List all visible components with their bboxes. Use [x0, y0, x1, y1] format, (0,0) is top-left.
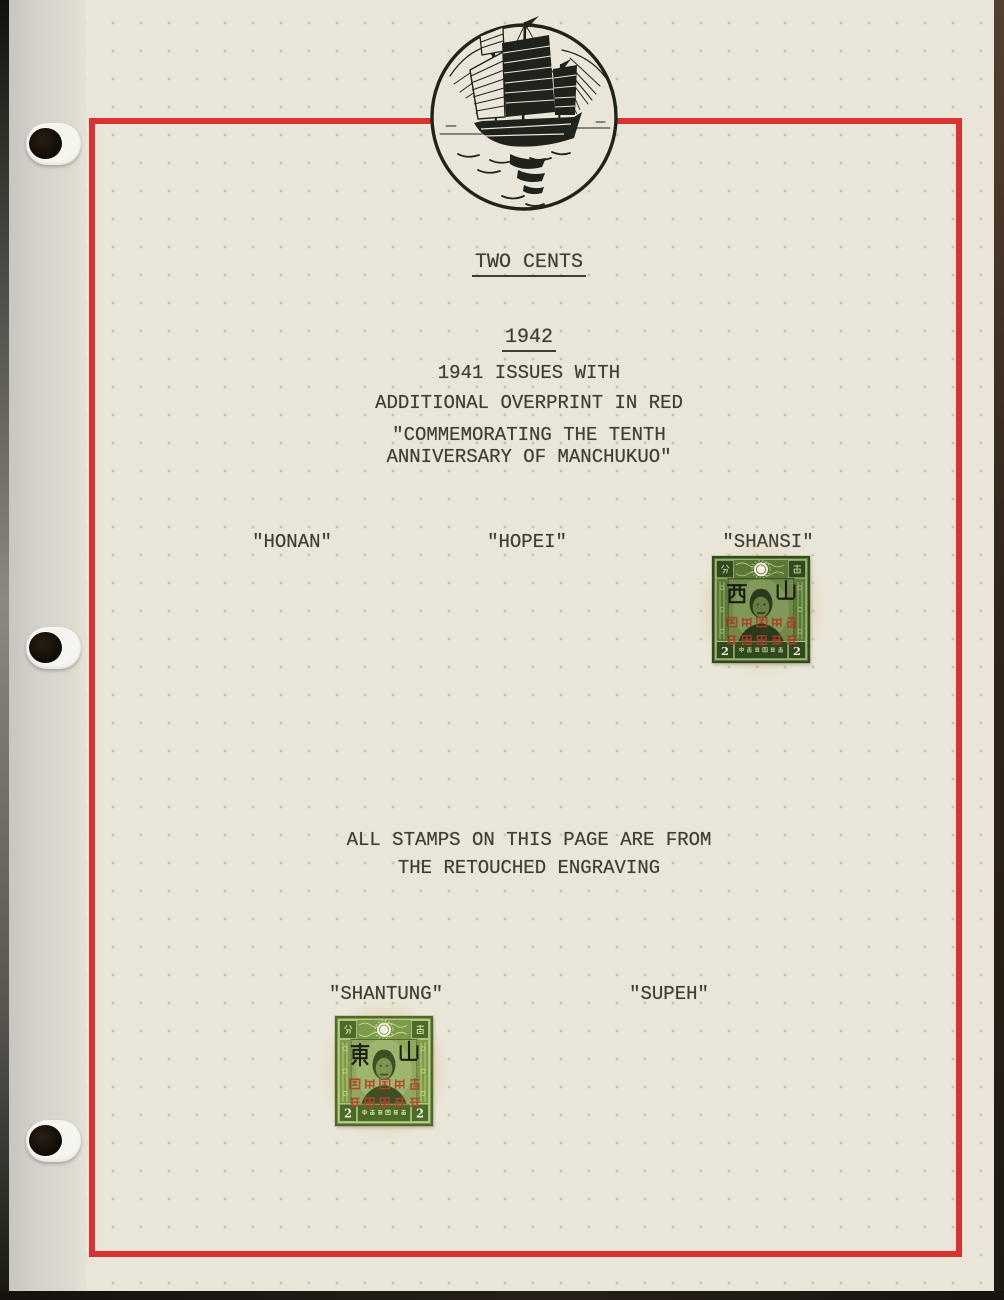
svg-text:2: 2 — [793, 644, 801, 658]
province-label-supeh: "SUPEH" — [629, 984, 709, 1005]
stamp-shansi: 22 — [712, 556, 810, 663]
subtitle-line: 1941 ISSUES WITH — [438, 363, 620, 384]
province-label-honan: "HONAN" — [252, 532, 332, 553]
red-border-frame — [89, 118, 962, 1257]
province-label-shantung: "SHANTUNG" — [329, 984, 443, 1005]
binder-hole — [29, 1125, 62, 1156]
album-page-scan: TWO CENTS 1942 1941 ISSUES WITH ADDITION… — [0, 0, 1004, 1300]
note-line: THE RETOUCHED ENGRAVING — [398, 858, 660, 879]
commemoration-quote-line: ANNIVERSARY OF MANCHUKUO" — [386, 447, 671, 468]
commemoration-quote-line: "COMMEMORATING THE TENTH — [392, 425, 666, 446]
province-label-hopei: "HOPEI" — [487, 532, 567, 553]
stamp-shantung: 22 — [335, 1016, 433, 1126]
junk-ship-emblem — [424, 6, 624, 218]
subtitle-line: ADDITIONAL OVERPRINT IN RED — [375, 393, 683, 414]
svg-text:2: 2 — [721, 644, 729, 658]
page-title: TWO CENTS — [472, 252, 586, 277]
binder-hole — [29, 632, 62, 663]
province-label-shansi: "SHANSI" — [722, 532, 813, 553]
scan-edge-left — [0, 0, 9, 1300]
scan-edge-right — [994, 0, 1004, 1300]
year-heading: 1942 — [502, 327, 556, 352]
binder-hole — [29, 128, 62, 159]
note-line: ALL STAMPS ON THIS PAGE ARE FROM — [347, 830, 712, 851]
scan-edge-bottom — [0, 1291, 1004, 1300]
svg-text:2: 2 — [416, 1107, 424, 1121]
svg-text:2: 2 — [344, 1107, 352, 1121]
